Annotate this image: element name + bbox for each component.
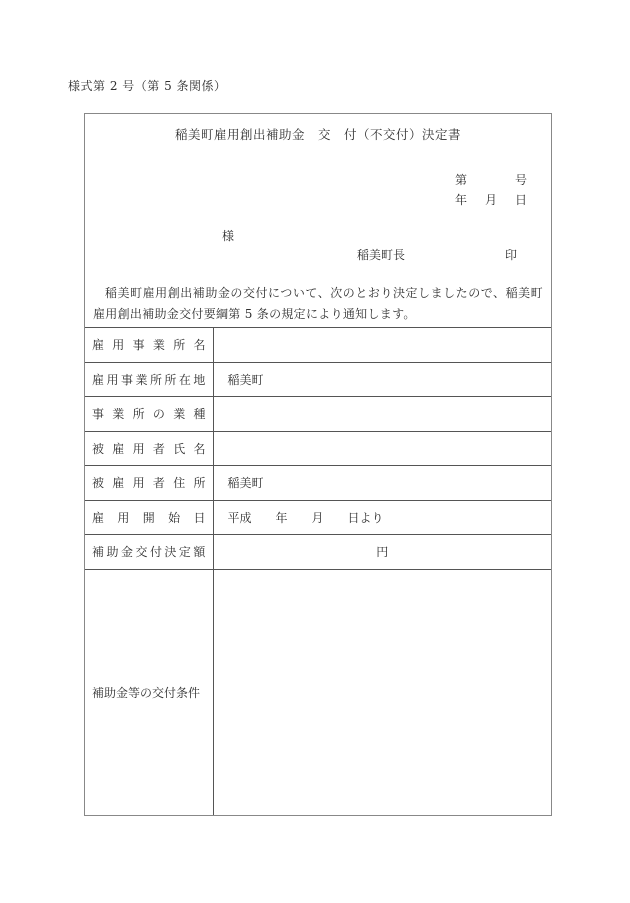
date-month-label: 月 [485,190,497,210]
row-label-cell: 補助金等の交付条件 [85,569,213,815]
number-prefix: 第 [455,170,467,190]
table-row: 雇用事業所所在地 稲美町 [85,362,551,397]
row-value-cell [213,569,551,815]
row-value-cell: 稲美町 [213,466,551,501]
date-line: 年 月 日 [455,190,527,210]
row-value-cell: 稲美町 [213,362,551,397]
row-label-cell: 被雇用者住所 [85,466,213,501]
row-value-cell: 平成 年 月 日より [213,500,551,535]
issuer-line: 稲美町長 印 [85,247,551,263]
row-label-cell: 補助金交付決定額 [85,535,213,570]
issuer-title: 稲美町長 [357,247,405,263]
row-label: 雇用事業所所在地 [92,371,206,388]
row-label-cell: 雇用事業所所在地 [85,362,213,397]
table-row: 補助金交付決定額 円 [85,535,551,570]
table-row: 被雇用者住所 稲美町 [85,466,551,501]
table-row: 雇用開始日 平成 年 月 日より [85,500,551,535]
document-page: 様式第 2 号（第 5 条関係） 稲美町雇用創出補助金 交 付（不交付）決定書 … [0,0,630,903]
row-label-cell: 雇用事業所名 [85,328,213,363]
row-label-cell: 事業所の業種 [85,397,213,432]
row-label: 被雇用者住所 [92,474,206,491]
row-value-cell [213,328,551,363]
decision-document-box: 稲美町雇用創出補助金 交 付（不交付）決定書 第 号 年 月 日 様 稲美町長 … [84,113,552,816]
date-year-label: 年 [455,190,467,210]
row-label: 補助金交付決定額 [92,543,206,560]
row-value-cell: 円 [213,535,551,570]
row-label: 被雇用者氏名 [92,440,206,457]
seal-mark: 印 [505,247,517,263]
table-row: 補助金等の交付条件 [85,569,551,815]
addressee-line: 様 [85,228,551,244]
row-label-cell: 被雇用者氏名 [85,431,213,466]
row-label: 雇用事業所名 [92,336,206,353]
document-title: 稲美町雇用創出補助金 交 付（不交付）決定書 [85,127,551,143]
row-label-cell: 雇用開始日 [85,500,213,535]
form-table: 雇用事業所名 雇用事業所所在地 稲美町 事業所の業種 被雇用者氏名 被雇用者住所 [85,327,551,815]
row-value-cell [213,431,551,466]
date-day-label: 日 [515,190,527,210]
addressee-suffix: 様 [222,229,234,243]
table-row: 事業所の業種 [85,397,551,432]
number-suffix: 号 [515,170,527,190]
row-label: 補助金等の交付条件 [92,686,200,700]
table-row: 雇用事業所名 [85,328,551,363]
number-date-block: 第 号 年 月 日 [455,170,527,210]
document-number-line: 第 号 [455,170,527,190]
body-paragraph: 稲美町雇用創出補助金の交付について、次のとおり決定しましたので、稲美町雇用創出補… [93,283,543,325]
row-value-cell [213,397,551,432]
table-row: 被雇用者氏名 [85,431,551,466]
row-label: 事業所の業種 [92,405,206,422]
form-number-label: 様式第 2 号（第 5 条関係） [68,77,227,94]
row-label: 雇用開始日 [92,509,206,526]
